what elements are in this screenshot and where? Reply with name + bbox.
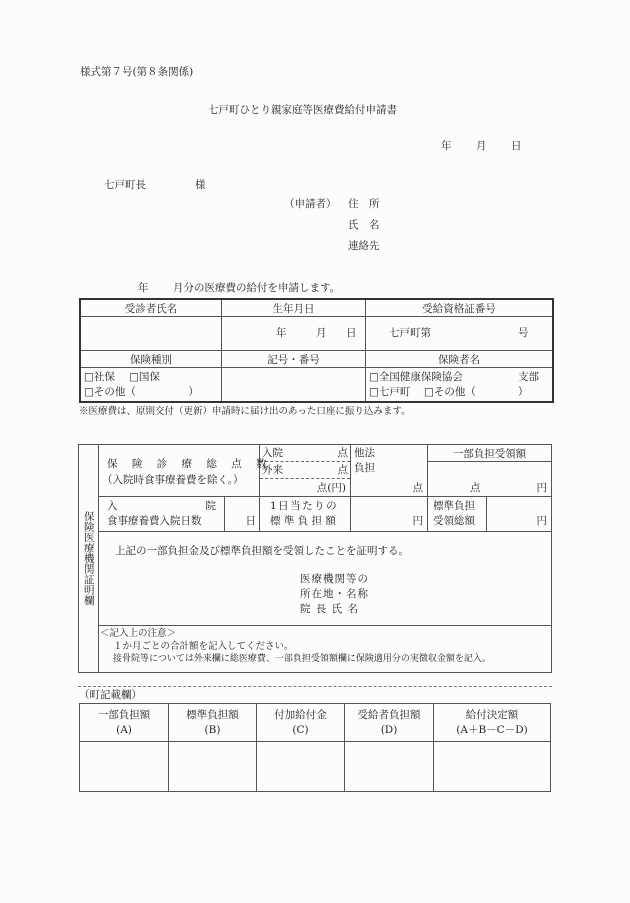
section-side-label: 保険医療機関証明欄 [79,445,98,672]
birth-year-label: 年 [276,328,287,339]
town-section-label: （町記載欄） [79,690,142,701]
addressee: 七戸町長 [104,180,146,191]
insurer-options: □全国健康保険協会 支部 □七戸町 □その他（ ） [366,368,552,401]
request-sentence: 月分の医療費の給付を申請します。 [173,283,340,294]
symbol-number-field[interactable] [222,368,365,401]
birthdate-field[interactable]: 年 月 日 [222,317,365,350]
request-year: 年 [138,283,149,294]
outpatient-points-field[interactable]: 外来 点 [260,462,350,478]
branch-label: 支部 [518,372,539,383]
header-cert-number: 受給資格証番号 [366,300,552,316]
honorific: 様 [195,180,206,191]
insurance-type-options: □社保 □国保 □その他（ ） [81,368,221,401]
section-separator [78,686,552,687]
checkbox-kokuho[interactable]: □国保 [129,372,160,383]
field-partial-burden[interactable] [80,742,168,791]
institution-line-1: 医療機関等の [300,574,369,585]
checkbox-insurer-other[interactable]: □その他（ ） [424,387,528,398]
field-additional-benefit[interactable] [257,742,344,791]
meal-days-field[interactable]: 日 [225,497,259,531]
field-benefit-decision[interactable] [434,742,550,791]
certify-text: 上記の一部負担金及び標準負担額を受領したことを証明する。 [115,546,409,557]
other-law-burden-field[interactable]: 他法 負担 点 [351,445,427,496]
field-recipient-burden[interactable] [345,742,433,791]
cert-number-field[interactable]: 七戸町第 号 [366,317,552,350]
patient-table: 受診者氏名 生年月日 受給資格証番号 年 月 日 七戸町第 号 保険種別 記号・… [79,298,554,403]
form-number: 様式第７号(第８条関係) [80,67,193,78]
partial-received-header: 一部負担受領額 [428,445,551,461]
header-insurance-type: 保険種別 [81,351,221,367]
checkbox-shaho[interactable]: □社保 [84,372,115,383]
std-burden-total-field[interactable]: 円 [487,497,551,531]
meal-days-label: 入 院 食事療養費入院日数 [99,497,224,531]
birth-month-label: 月 [316,328,327,339]
date-year-label: 年 [441,141,452,152]
field-standard-burden[interactable] [169,742,256,791]
town-table: 一部負担額 (A) 標準負担額 (B) 付加給付金 (C) 受給者負担額 (D)… [79,703,551,792]
header-insurer-name: 保険者名 [366,351,552,367]
col-recipient-burden: 受給者負担額 (D) [345,704,433,741]
total-points-field[interactable]: 点(円) [260,479,350,496]
form-title: 七戸町ひとり親家庭等医療費給付申請書 [208,105,397,116]
entry-notes: ＜記入上の注意＞ １か月ごとの合計額を記入してください。 接骨院等については外来… [99,626,551,672]
col-standard-burden: 標準負担額 (B) [169,704,256,741]
checkbox-shichinohe[interactable]: □七戸町 [369,387,410,398]
per-day-std-burden-field[interactable]: 円 [351,497,427,531]
checkbox-insurance-other[interactable]: □その他（ ） [84,387,199,398]
transfer-note: ※医療費は、原則交付（更新）申請時に届け出のあった口座に振り込みます。 [79,407,411,417]
date-day-label: 日 [511,141,522,152]
medical-cert-section: 保険医療機関証明欄 保 険 診 療 総 点 数 （入院時食事療養費を除く。） 入… [78,444,552,673]
col-additional-benefit: 付加給付金 (C) [257,704,344,741]
patient-name-field[interactable] [81,317,221,350]
birth-day-label: 日 [346,328,357,339]
partial-received-field[interactable]: 点 円 [428,462,551,496]
header-birthdate: 生年月日 [222,300,365,316]
col-partial-burden: 一部負担額 (A) [80,704,168,741]
applicant-label: （申請者） [284,199,337,210]
header-patient-name: 受診者氏名 [81,300,221,316]
std-burden-total-label: 標準負担 受領総額 [428,497,486,531]
total-points-label: 保 険 診 療 総 点 数 （入院時食事療養費を除く。） [99,445,259,496]
applicant-address-label: 住 所 [348,199,380,210]
applicant-name-label: 氏 名 [348,220,380,231]
certification-area[interactable]: 上記の一部負担金及び標準負担額を受領したことを証明する。 医療機関等の 所在地・… [99,532,551,625]
checkbox-kyokai[interactable]: □全国健康保険協会 [369,372,463,383]
cert-suffix: 号 [518,328,529,339]
per-day-std-burden-label: 1日当たりの 標 準 負 担 額 [260,497,350,531]
inpatient-points-field[interactable]: 入院 点 [260,445,350,461]
institution-line-2: 所在地・名称 [300,589,369,600]
applicant-contact-label: 連絡先 [348,241,380,252]
cert-prefix: 七戸町第 [389,328,431,339]
date-month-label: 月 [476,141,487,152]
institution-line-3: 院 長 氏 名 [300,604,359,615]
col-benefit-decision: 給付決定額 (A＋B－C－D) [434,704,550,741]
header-symbol-number: 記号・番号 [222,351,365,367]
